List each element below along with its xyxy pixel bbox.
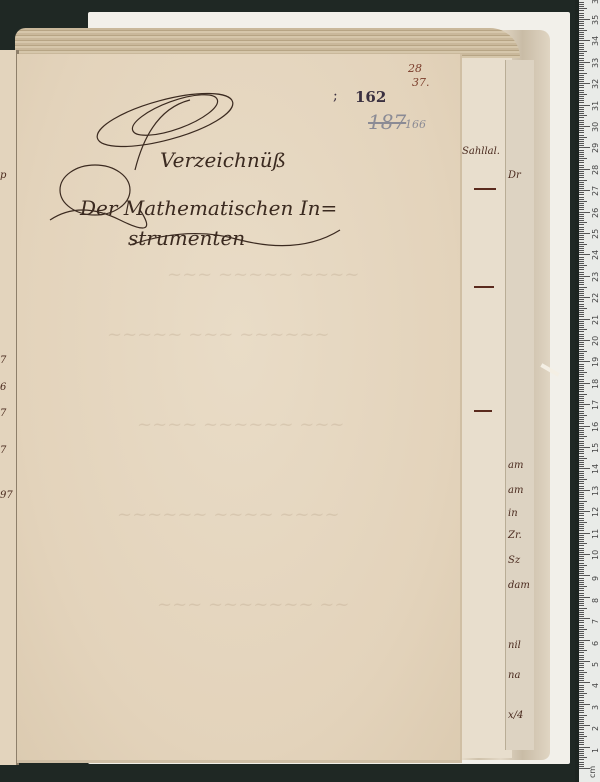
ruler-tick xyxy=(579,154,584,155)
ruler-tick xyxy=(579,257,584,258)
ruler-tick xyxy=(579,272,584,273)
ruler-tick xyxy=(579,451,584,452)
ruler-tick xyxy=(579,120,584,121)
ruler-tick xyxy=(579,428,584,429)
ruler-tick xyxy=(579,704,590,705)
ruler-tick xyxy=(579,398,584,399)
ruler-label: 5 xyxy=(591,662,600,667)
ruler-tick xyxy=(579,87,584,88)
ruler-tick xyxy=(579,396,584,397)
ruler-tick xyxy=(579,511,590,512)
ruler-tick xyxy=(579,100,584,101)
ruler-tick xyxy=(579,376,584,377)
ruler-tick xyxy=(579,520,584,521)
ruler-label: 29 xyxy=(591,143,600,153)
ruler-tick xyxy=(579,458,587,459)
ruler-tick xyxy=(579,622,584,623)
ruler-tick xyxy=(579,471,584,472)
ruler-tick xyxy=(579,702,584,703)
ruler-tick xyxy=(579,190,590,191)
ruler-tick xyxy=(579,171,584,172)
ruler-tick xyxy=(579,143,584,144)
ruler-tick xyxy=(579,60,584,61)
ruler-tick xyxy=(579,691,584,692)
ruler-tick xyxy=(579,139,584,140)
ruler-tick xyxy=(579,145,584,146)
ruler-tick xyxy=(579,4,584,5)
ruler-tick xyxy=(579,695,584,696)
ruler-tick xyxy=(579,479,587,480)
ruler-tick xyxy=(579,481,584,482)
slip-text: am xyxy=(508,485,523,496)
ruler-tick xyxy=(579,349,584,350)
ruler-tick xyxy=(579,466,584,467)
ruler-tick xyxy=(579,203,584,204)
ruler-tick xyxy=(579,205,584,206)
ruler-tick xyxy=(579,306,584,307)
ruler-tick xyxy=(579,667,584,668)
ruler-tick xyxy=(579,199,584,200)
ruler-tick xyxy=(579,518,584,519)
ruler-tick xyxy=(579,443,584,444)
ruler-tick xyxy=(579,30,587,31)
ruler-tick xyxy=(579,526,584,527)
ruler-tick xyxy=(579,201,587,202)
ruler-tick xyxy=(579,197,584,198)
ruler-tick xyxy=(579,278,584,279)
ruler-tick xyxy=(579,685,584,686)
ruler-tick xyxy=(579,492,584,493)
ruler-tick xyxy=(579,558,584,559)
ruler-tick xyxy=(579,678,584,679)
ruler-tick xyxy=(579,379,584,380)
ruler-tick xyxy=(579,207,584,208)
ruler-tick xyxy=(579,642,584,643)
ruler-tick xyxy=(579,21,584,22)
ruler-tick xyxy=(579,556,584,557)
ruler-label: 17 xyxy=(591,400,600,410)
ruler-tick xyxy=(579,329,587,330)
ruler-tick xyxy=(579,419,584,420)
ruler-tick xyxy=(579,580,584,581)
ruler-tick xyxy=(579,248,584,249)
ruler-tick xyxy=(579,391,584,392)
ruler-tick xyxy=(579,757,587,758)
ruler-tick xyxy=(579,597,590,598)
ruler-tick xyxy=(579,749,584,750)
left-page-text: 6 xyxy=(0,382,6,393)
ruler-label: 18 xyxy=(591,379,600,389)
ruler-tick xyxy=(579,227,584,228)
ruler-tick xyxy=(579,498,584,499)
ruler-tick xyxy=(579,239,584,240)
ruler-tick xyxy=(579,413,584,414)
ruler-tick xyxy=(579,182,584,183)
ruler-tick xyxy=(579,351,587,352)
ruler-tick xyxy=(579,85,584,86)
ruler-tick xyxy=(579,252,584,253)
ruler-tick xyxy=(579,766,584,767)
ruler-tick xyxy=(579,582,584,583)
ruler-tick xyxy=(579,732,584,733)
ruler-tick xyxy=(579,616,584,617)
ruler-tick xyxy=(579,32,584,33)
ruler-tick xyxy=(579,122,584,123)
ruler-tick xyxy=(579,486,584,487)
ruler-tick xyxy=(579,456,584,457)
ruler-tick xyxy=(579,147,590,148)
ruler-tick xyxy=(579,287,587,288)
ruler-tick xyxy=(579,706,584,707)
ruler-tick xyxy=(579,505,584,506)
ruler-tick xyxy=(579,83,590,84)
title-line-1: Verzeichnüß xyxy=(160,148,286,172)
ruler-tick xyxy=(579,633,584,634)
ruler-tick xyxy=(579,381,584,382)
ruler-tick xyxy=(579,34,584,35)
ruler-tick xyxy=(579,299,584,300)
ruler-tick xyxy=(579,453,584,454)
ruler-label: 14 xyxy=(591,464,600,474)
ruler-tick xyxy=(579,173,584,174)
ruler-tick xyxy=(579,710,584,711)
ruler-tick xyxy=(579,449,584,450)
ruler-tick xyxy=(579,605,584,606)
slip-text: Zr. xyxy=(508,530,522,541)
ruler-tick xyxy=(579,475,584,476)
ruler-tick xyxy=(579,109,584,110)
ruler-tick xyxy=(579,13,584,14)
ruler-tick xyxy=(579,107,584,108)
ruler-tick xyxy=(579,98,584,99)
ruler-tick xyxy=(579,434,584,435)
ruler-tick xyxy=(579,522,587,523)
ruler-tick xyxy=(579,708,584,709)
ruler-tick xyxy=(579,141,584,142)
ruler-tick xyxy=(579,700,584,701)
ruler-tick xyxy=(579,753,584,754)
ruler-tick xyxy=(579,543,587,544)
ruler-tick xyxy=(579,244,587,245)
ruler-tick xyxy=(579,747,590,748)
ruler-tick xyxy=(579,194,584,195)
ruler-tick xyxy=(579,717,584,718)
ruler-tick xyxy=(579,126,590,127)
ruler-tick xyxy=(579,325,584,326)
ruler-unit-label: cm xyxy=(588,766,597,778)
archival-mark: 28 xyxy=(408,62,422,75)
ruler-tick xyxy=(579,8,587,9)
ruler-tick xyxy=(579,188,584,189)
ruler-tick xyxy=(579,404,590,405)
ruler-label: 21 xyxy=(591,314,600,324)
ruler-tick xyxy=(579,627,584,628)
ruler-tick xyxy=(579,473,584,474)
ruler-tick xyxy=(579,43,584,44)
ruler-tick xyxy=(579,676,584,677)
ruler-tick xyxy=(579,117,584,118)
ruler-label: 3 xyxy=(591,705,600,710)
ruler-tick xyxy=(579,357,584,358)
ruler-tick xyxy=(579,496,584,497)
ruler-tick xyxy=(579,599,584,600)
ruler-tick xyxy=(579,216,584,217)
ruler-tick xyxy=(579,156,584,157)
ruler-tick xyxy=(579,659,584,660)
ruler-tick xyxy=(579,560,584,561)
ruler-tick xyxy=(579,361,590,362)
ruler-tick xyxy=(579,321,584,322)
ruler-tick xyxy=(579,235,584,236)
ruler-tick xyxy=(579,712,584,713)
ruler-tick xyxy=(579,447,590,448)
ruler-tick xyxy=(579,342,584,343)
ruler-tick xyxy=(579,438,584,439)
ruler-tick xyxy=(579,53,584,54)
ruler-tick xyxy=(579,130,584,131)
ruler-tick xyxy=(579,25,584,26)
ruler-tick xyxy=(579,494,584,495)
ruler-tick xyxy=(579,374,584,375)
ruler-tick xyxy=(579,90,584,91)
ruler-tick xyxy=(579,81,584,82)
ruler-tick xyxy=(579,670,584,671)
ruler-tick xyxy=(579,554,590,555)
ruler-tick xyxy=(579,430,584,431)
ruler-label: 26 xyxy=(591,207,600,217)
ruler-tick xyxy=(579,229,584,230)
ruler-tick xyxy=(579,563,584,564)
ruler-label: 22 xyxy=(591,293,600,303)
ruler-tick xyxy=(579,603,584,604)
ruler-tick xyxy=(579,477,584,478)
ruler-tick xyxy=(579,160,584,161)
ruler-tick xyxy=(579,655,584,656)
ruler-label: 7 xyxy=(591,619,600,624)
ruler-tick xyxy=(579,28,584,29)
ruler-tick xyxy=(579,359,584,360)
ruler-label: 28 xyxy=(591,165,600,175)
ruler-tick xyxy=(579,687,584,688)
left-page-text: 7 xyxy=(0,355,6,366)
ruler-tick xyxy=(579,263,584,264)
ruler-tick xyxy=(579,552,584,553)
ruler-tick xyxy=(579,400,584,401)
ruler-tick xyxy=(579,402,584,403)
ruler-tick xyxy=(579,593,584,594)
ruler-tick xyxy=(579,368,584,369)
ruler-tick xyxy=(579,503,584,504)
ruler-label: 24 xyxy=(591,250,600,260)
ruler-tick xyxy=(579,222,587,223)
ruler-tick xyxy=(579,124,584,125)
ruler-tick xyxy=(579,640,590,641)
inserted-slip: Sahllal. xyxy=(458,58,512,758)
ruler-label: 32 xyxy=(591,79,600,89)
ruler-tick xyxy=(579,584,584,585)
ruler-tick xyxy=(579,231,584,232)
ruler-tick xyxy=(579,353,584,354)
ruler-tick xyxy=(579,336,584,337)
slip-text: in xyxy=(508,508,518,519)
ruler-tick xyxy=(579,58,584,59)
ruler-tick xyxy=(579,212,590,213)
ruler-tick xyxy=(579,51,587,52)
ruler-tick xyxy=(579,483,584,484)
bleed-through: ~~~~ ~~~~~~ ~~~ xyxy=(137,414,345,435)
ruler-tick xyxy=(579,618,590,619)
ruler-tick xyxy=(579,515,584,516)
ruler-tick xyxy=(579,719,584,720)
ruler-tick xyxy=(579,47,584,48)
ruler-tick xyxy=(579,68,584,69)
left-page-text: 7 xyxy=(0,408,6,419)
ruler-tick xyxy=(579,250,584,251)
ruler-tick xyxy=(579,334,584,335)
ruler-label: 36 xyxy=(591,0,600,4)
ruler-tick xyxy=(579,548,584,549)
ruler-tick xyxy=(579,96,584,97)
ruler-tick xyxy=(579,408,584,409)
ruler-tick xyxy=(579,338,584,339)
ruler-tick xyxy=(579,535,584,536)
ruler-tick xyxy=(579,291,584,292)
ruler-tick xyxy=(579,364,584,365)
ruler-tick xyxy=(579,436,587,437)
ruler-tick xyxy=(579,578,584,579)
ruler-tick xyxy=(579,295,584,296)
ruler-tick xyxy=(579,693,587,694)
ruler-tick xyxy=(579,740,584,741)
ruler-tick xyxy=(579,723,584,724)
ruler-tick xyxy=(579,762,584,763)
ruler-tick xyxy=(579,507,584,508)
ruler-tick xyxy=(579,297,590,298)
ruler-tick xyxy=(579,682,590,683)
ruler-tick xyxy=(579,77,584,78)
ruler-tick xyxy=(579,284,584,285)
slip-text: x/4 xyxy=(508,710,523,721)
ruler-tick xyxy=(579,665,584,666)
ruler-tick xyxy=(579,528,584,529)
ruler-tick xyxy=(579,184,584,185)
ruler-tick xyxy=(579,2,584,3)
slip-text: nil xyxy=(508,640,521,651)
ruler-tick xyxy=(579,282,584,283)
ruler-tick xyxy=(579,715,587,716)
ruler-tick xyxy=(579,289,584,290)
ruler-tick xyxy=(579,751,584,752)
ruler-tick xyxy=(579,415,587,416)
bleed-through: ~~~~~ ~~~ ~~~~~~ xyxy=(107,324,330,345)
ruler-tick xyxy=(579,261,584,262)
ruler-tick xyxy=(579,259,584,260)
ruler-tick xyxy=(579,631,584,632)
ruler-tick xyxy=(579,509,584,510)
ruler-tick xyxy=(579,331,584,332)
ruler-label: 4 xyxy=(591,683,600,688)
ruler-tick xyxy=(579,55,584,56)
ruler-tick xyxy=(579,167,584,168)
ruler-tick xyxy=(579,569,584,570)
ruler-tick xyxy=(579,280,584,281)
ruler-tick xyxy=(579,323,584,324)
ruler-tick xyxy=(579,421,584,422)
ruler-tick xyxy=(579,727,584,728)
ruler-tick xyxy=(579,406,584,407)
ruler-tick xyxy=(579,537,584,538)
ruler-tick xyxy=(579,637,584,638)
ruler-tick xyxy=(579,23,584,24)
ruler-tick xyxy=(579,672,587,673)
ruler-tick xyxy=(579,674,584,675)
ruler-tick xyxy=(579,464,584,465)
ruler-tick xyxy=(579,755,584,756)
ruler-tick xyxy=(579,105,590,106)
ruler-tick xyxy=(579,15,584,16)
ruler-tick xyxy=(579,242,584,243)
ruler-tick xyxy=(579,736,587,737)
ruler-tick xyxy=(579,237,584,238)
ruler-tick xyxy=(579,64,584,65)
ruler-tick xyxy=(579,501,587,502)
ruler-tick xyxy=(579,180,587,181)
ruler-tick xyxy=(579,661,590,662)
ruler-tick xyxy=(579,648,584,649)
ruler-tick xyxy=(579,644,584,645)
ruler-tick xyxy=(579,137,587,138)
ruler-tick xyxy=(579,102,584,103)
slip-text: na xyxy=(508,670,520,681)
ruler-tick xyxy=(579,36,584,37)
ruler-tick xyxy=(579,460,584,461)
ruler-tick xyxy=(579,218,584,219)
title-line-2: Der Mathematischen In= xyxy=(80,196,337,220)
ruler-tick xyxy=(579,488,584,489)
left-page-text: p xyxy=(0,170,6,181)
ruler-tick xyxy=(579,73,587,74)
ruler-tick xyxy=(579,646,584,647)
ruler-tick xyxy=(579,312,584,313)
ruler-label: 11 xyxy=(591,528,600,538)
slip-text: dam xyxy=(508,580,530,591)
ruler-tick xyxy=(579,595,584,596)
ruler-tick xyxy=(579,725,590,726)
ruler-tick xyxy=(579,620,584,621)
ruler-tick xyxy=(579,625,584,626)
ruler-tick xyxy=(579,310,584,311)
slip-text: Dr xyxy=(508,170,521,181)
ruler-tick xyxy=(579,610,584,611)
ruler-label: 16 xyxy=(591,421,600,431)
ruler-tick xyxy=(579,186,584,187)
ruler-tick xyxy=(579,366,584,367)
ruler-tick xyxy=(579,608,587,609)
pencil-number-struck: 187 xyxy=(368,110,406,134)
ruler-tick xyxy=(579,169,590,170)
ruler-tick xyxy=(579,586,587,587)
ruler-tick xyxy=(579,432,584,433)
ruler-tick xyxy=(579,316,584,317)
ruler-tick xyxy=(579,75,584,76)
ruler-tick xyxy=(579,601,584,602)
ruler-tick xyxy=(579,385,584,386)
ruler-tick xyxy=(579,308,587,309)
ruler-tick xyxy=(579,389,584,390)
ruler-tick xyxy=(579,588,584,589)
ruler-tick xyxy=(579,340,590,341)
ruler-tick xyxy=(579,62,590,63)
